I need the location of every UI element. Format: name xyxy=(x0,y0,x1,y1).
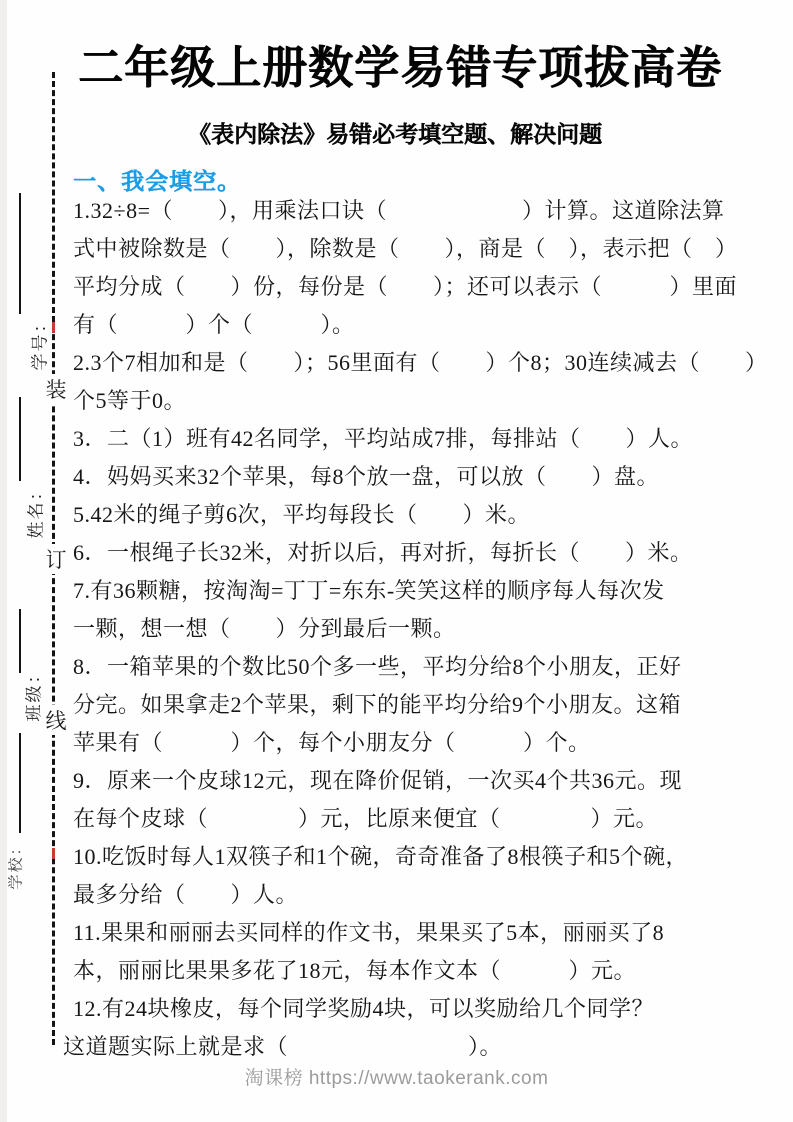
question-line: 10.吃饭时每人1双筷子和1个碗，奇奇准备了8根筷子和5个碗， xyxy=(73,838,789,876)
binding-char-xian: 线 xyxy=(44,705,68,735)
question-line: 在每个皮球（ ）元，比原来便宜（ ）元。 xyxy=(73,800,789,838)
question-line: 有（ ）个（ ）。 xyxy=(73,306,789,344)
question-line: 11.果果和丽丽去买同样的作文书，果果买了5本，丽丽买了8 xyxy=(73,914,789,952)
question-line: 5.42米的绳子剪6次，平均每段长（ ）米。 xyxy=(73,496,789,534)
question-line: 8．一箱苹果的个数比50个多一些，平均分给8个小朋友，正好 xyxy=(73,648,789,686)
question-line: 7.有36颗糖，按淘淘=丁丁=东东-笑笑这样的顺序每人每次发 xyxy=(73,572,789,610)
binding-char-ding: 订 xyxy=(44,544,68,574)
question-line: 一颗，想一想（ ）分到最后一颗。 xyxy=(73,610,789,648)
blank-underline xyxy=(19,193,21,314)
question-line: 本，丽丽比果果多花了18元，每本作文本（ ）元。 xyxy=(73,952,789,990)
question-line: 这道题实际上就是求（ ）。 xyxy=(63,1028,789,1066)
question-line: 1.32÷8=（ ），用乘法口诀（ ）计算。这道除法算 xyxy=(73,192,789,230)
red-dash-mark xyxy=(52,848,55,859)
page-title: 二年级上册数学易错专项拔高卷 xyxy=(55,40,745,96)
blank-underline xyxy=(19,733,21,833)
binding-char-zhuang: 装 xyxy=(44,374,68,404)
page-subtitle: 《表内除法》易错必考填空题、解决问题 xyxy=(55,116,735,149)
question-line: 4．妈妈买来32个苹果，每8个放一盘，可以放（ ）盘。 xyxy=(73,458,789,496)
worksheet-page: 学号： 姓名： 班级： 学校： 装 订 线 二年级上册数学易错专项拔高卷 《表内… xyxy=(0,0,793,1122)
question-line: 最多分给（ ）人。 xyxy=(73,876,789,914)
question-line: 2.3个7相加和是（ ）；56里面有（ ）个8；30连续减去（ ） xyxy=(73,344,789,382)
question-line: 9．原来一个皮球12元，现在降价促销，一次买4个共36元。现 xyxy=(73,762,789,800)
question-line: 苹果有（ ）个，每个小朋友分（ ）个。 xyxy=(73,724,789,762)
student-number-label: 学号： xyxy=(26,314,51,371)
question-list: 1.32÷8=（ ），用乘法口诀（ ）计算。这道除法算 式中被除数是（ ），除数… xyxy=(73,192,789,1066)
blank-underline xyxy=(19,397,21,481)
red-dash-mark xyxy=(52,322,55,333)
student-name-label: 姓名： xyxy=(22,482,47,539)
question-line: 平均分成（ ）份，每份是（ ）；还可以表示（ ）里面 xyxy=(73,268,789,306)
school-label: 学校： xyxy=(5,838,26,889)
question-line: 个5等于0。 xyxy=(73,382,789,420)
question-line: 3．二（1）班有42名同学，平均站成7排，每排站（ ）人。 xyxy=(73,420,789,458)
question-line: 分完。如果拿走2个苹果，剩下的能平均分给9个小朋友。这箱 xyxy=(73,686,789,724)
blank-underline xyxy=(19,609,21,673)
question-line: 6．一根绳子长32米，对折以后，再对折，每折长（ ）米。 xyxy=(73,534,789,572)
question-line: 式中被除数是（ ），除数是（ ），商是（ ），表示把（ ） xyxy=(73,230,789,268)
footer-watermark: 淘课榜 https://www.taokerank.com xyxy=(0,1063,793,1090)
question-line: 12.有24块橡皮，每个同学奖励4块，可以奖励给几个同学？ xyxy=(73,990,789,1028)
scan-edge-strip xyxy=(0,0,7,1122)
class-label: 班级： xyxy=(20,665,45,722)
